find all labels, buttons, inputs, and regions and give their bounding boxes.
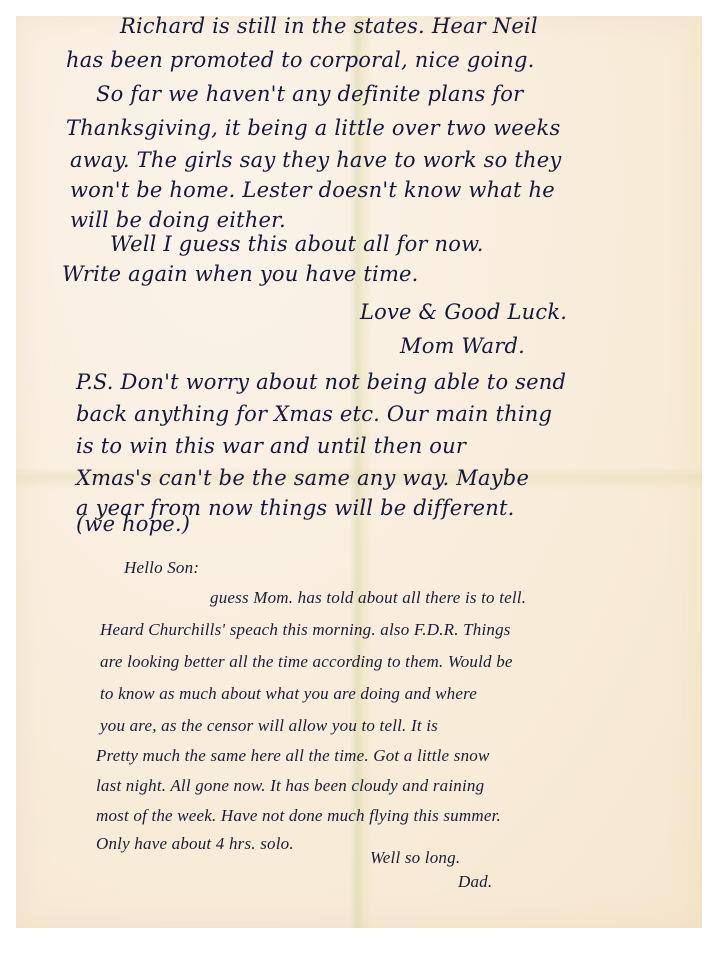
dad-line: Heard Churchills' speach this morning. a… [100,620,511,640]
mom-line: Well I guess this about all for now. [110,232,484,256]
ps-line: is to win this war and until then our [76,434,466,458]
dad-line: you are, as the censor will allow you to… [100,716,438,736]
ps-line: (we hope.) [76,512,190,536]
mom-line: won't be home. Lester doesn't know what … [70,178,555,202]
dad-line: most of the week. Have not done much fly… [96,806,501,826]
dad-closing: Well so long. [370,848,460,868]
ps-line: Xmas's can't be the same any way. Maybe [76,466,529,490]
dad-line: Only have about 4 hrs. solo. [96,834,294,854]
dad-line: to know as much about what you are doing… [100,684,477,704]
ps-line: P.S. Don't worry about not being able to… [76,370,566,394]
mom-line: has been promoted to corporal, nice goin… [66,48,535,72]
mom-closing: Love & Good Luck. [360,300,567,324]
mom-line: Richard is still in the states. Hear Nei… [120,14,538,38]
mom-line: will be doing either. [70,208,286,232]
dad-line: last night. All gone now. It has been cl… [96,776,484,796]
dad-line: are looking better all the time accordin… [100,652,513,672]
mom-line: Write again when you have time. [62,262,419,286]
mom-signature: Mom Ward. [400,334,525,358]
dad-greeting: Hello Son: [124,558,199,578]
mom-line: So far we haven't any definite plans for [96,82,523,106]
dad-line: Pretty much the same here all the time. … [96,746,490,766]
dad-line: guess Mom. has told about all there is t… [210,588,526,608]
ps-line: back anything for Xmas etc. Our main thi… [76,402,552,426]
mom-line: Thanksgiving, it being a little over two… [66,116,560,140]
mom-line: away. The girls say they have to work so… [70,148,561,172]
dad-signature: Dad. [458,872,492,892]
